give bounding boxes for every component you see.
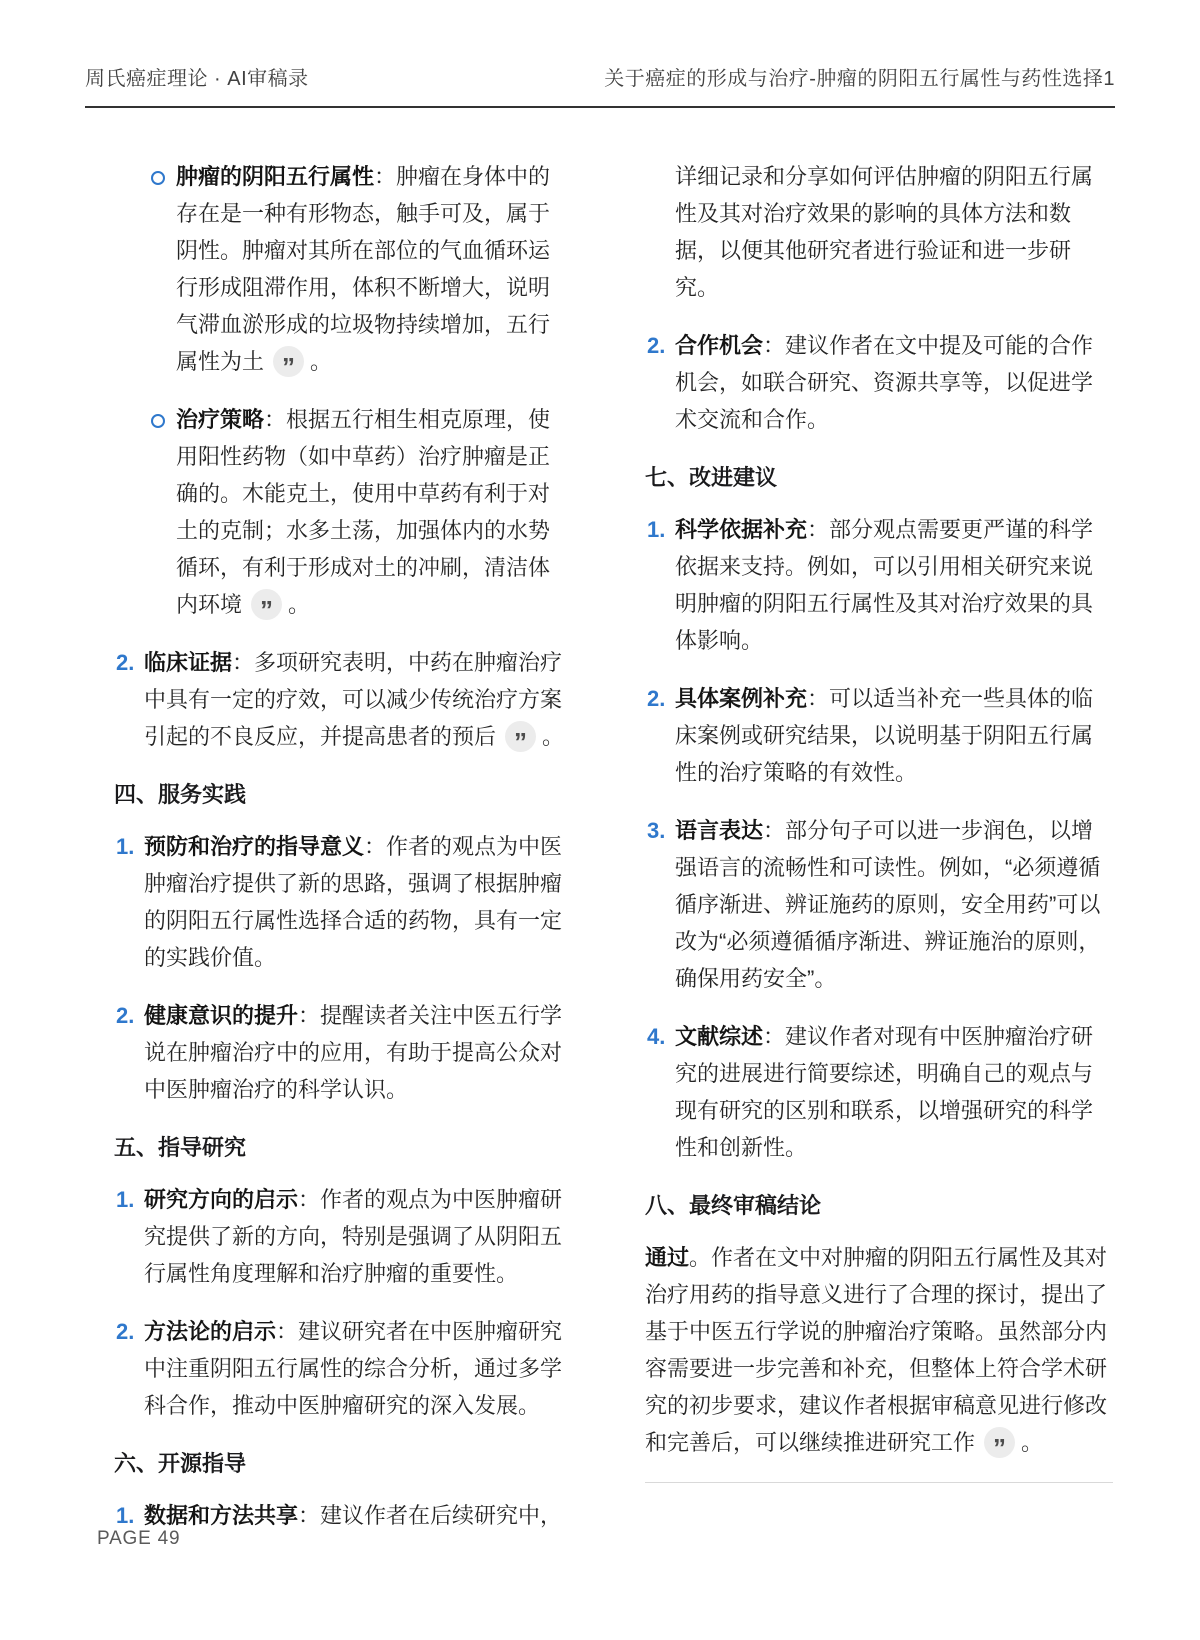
- section-heading: 八、最终审稿结论: [645, 1187, 1113, 1224]
- section-heading: 六、开源指导: [114, 1445, 566, 1482]
- right-column: 详细记录和分享如何评估肿瘤的阴阳五行属性及其对治疗效果的影响的具体方法和数据，以…: [645, 158, 1113, 1555]
- page-header: 周氏癌症理论 · AI审稿录 关于癌症的形成与治疗-肿瘤的阴阳五行属性与药性选择…: [85, 62, 1115, 108]
- list-number: 2.: [116, 644, 134, 681]
- bullet-circle-icon: [151, 414, 165, 428]
- numbered-list-item: 4.文献综述：建议作者对现有中医肿瘤治疗研究的进展进行简要综述，明确自己的观点与…: [645, 1018, 1113, 1166]
- item-lead: 研究方向的启示: [144, 1187, 298, 1212]
- item-lead: 语言表达: [675, 818, 763, 843]
- item-text: 方法论的启示：建议研究者在中医肿瘤研究中注重阴阳五行属性的综合分析，通过多学科合…: [114, 1313, 566, 1424]
- document-page: 周氏癌症理论 · AI审稿录 关于癌症的形成与治疗-肿瘤的阴阳五行属性与药性选择…: [0, 0, 1200, 1640]
- item-lead: 肿瘤的阴阳五行属性: [176, 164, 374, 189]
- item-text: 语言表达：部分句子可以进一步润色，以增强语言的流畅性和可读性。例如，“必须遵循循…: [645, 812, 1113, 997]
- item-text: 健康意识的提升：提醒读者关注中医五行学说在肿瘤治疗中的应用，有助于提高公众对中医…: [114, 997, 566, 1108]
- list-number: 3.: [647, 812, 665, 849]
- page-number: PAGE 49: [97, 1528, 180, 1549]
- list-number: 1.: [116, 828, 134, 865]
- section-heading: 五、指导研究: [114, 1129, 566, 1166]
- item-text: 数据和方法共享：建议作者在后续研究中，: [114, 1497, 566, 1534]
- item-text: 文献综述：建议作者对现有中医肿瘤治疗研究的进展进行简要综述，明确自己的观点与现有…: [645, 1018, 1113, 1166]
- citation-quote-icon[interactable]: ”: [251, 589, 282, 620]
- item-lead: 具体案例补充: [675, 686, 807, 711]
- item-text: 治疗策略：根据五行相生相克原理，使用阳性药物（如中草药）治疗肿瘤是正确的。木能克…: [114, 401, 566, 623]
- numbered-list-item: 2.具体案例补充：可以适当补充一些具体的临床案例或研究结果，以说明基于阴阳五行属…: [645, 680, 1113, 791]
- list-number: 2.: [647, 680, 665, 717]
- list-number: 2.: [116, 997, 134, 1034]
- bullet-circle-icon: [151, 171, 165, 185]
- section-heading: 四、服务实践: [114, 776, 566, 813]
- list-number: 2.: [116, 1313, 134, 1350]
- numbered-list-item: 2.合作机会：建议作者在文中提及可能的合作机会，如联合研究、资源共享等，以促进学…: [645, 327, 1113, 438]
- numbered-list-item: 2.健康意识的提升：提醒读者关注中医五行学说在肿瘤治疗中的应用，有助于提高公众对…: [114, 997, 566, 1108]
- item-text: 预防和治疗的指导意义：作者的观点为中医肿瘤治疗提供了新的思路，强调了根据肿瘤的阴…: [114, 828, 566, 976]
- item-lead: 科学依据补充: [675, 517, 807, 542]
- item-lead: 健康意识的提升: [144, 1003, 298, 1028]
- numbered-list-item: 1.数据和方法共享：建议作者在后续研究中，: [114, 1497, 566, 1534]
- list-number: 2.: [647, 327, 665, 364]
- left-column: 肿瘤的阴阳五行属性：肿瘤在身体中的存在是一种有形物态，触手可及，属于阴性。肿瘤对…: [114, 158, 566, 1555]
- item-text: 合作机会：建议作者在文中提及可能的合作机会，如联合研究、资源共享等，以促进学术交…: [645, 327, 1113, 438]
- item-lead: 治疗策略: [176, 407, 264, 432]
- item-lead: 通过: [645, 1245, 689, 1270]
- item-text: 临床证据：多项研究表明，中药在肿瘤治疗中具有一定的疗效，可以减少传统治疗方案引起…: [114, 644, 566, 755]
- item-text: 科学依据补充：部分观点需要更严谨的科学依据来支持。例如，可以引用相关研究来说明肿…: [645, 511, 1113, 659]
- page-footer: PAGE 49: [97, 1528, 180, 1550]
- item-lead: 方法论的启示: [144, 1319, 276, 1344]
- numbered-list-item: 2.临床证据：多项研究表明，中药在肿瘤治疗中具有一定的疗效，可以减少传统治疗方案…: [114, 644, 566, 755]
- item-text: 具体案例补充：可以适当补充一些具体的临床案例或研究结果，以说明基于阴阳五行属性的…: [645, 680, 1113, 791]
- citation-quote-icon[interactable]: ”: [505, 721, 536, 752]
- item-text: 肿瘤的阴阳五行属性：肿瘤在身体中的存在是一种有形物态，触手可及，属于阴性。肿瘤对…: [114, 158, 566, 380]
- section-end-divider: [645, 1482, 1113, 1483]
- numbered-list-item: 1.预防和治疗的指导意义：作者的观点为中医肿瘤治疗提供了新的思路，强调了根据肿瘤…: [114, 828, 566, 976]
- item-lead: 预防和治疗的指导意义: [144, 834, 364, 859]
- section-heading: 七、改进建议: [645, 459, 1113, 496]
- citation-quote-icon[interactable]: ”: [984, 1427, 1015, 1458]
- header-left-title: 周氏癌症理论 · AI审稿录: [85, 62, 309, 91]
- item-lead: 临床证据: [144, 650, 232, 675]
- citation-quote-icon[interactable]: ”: [273, 346, 304, 377]
- list-number: 1.: [116, 1181, 134, 1218]
- numbered-list-item: 1.科学依据补充：部分观点需要更严谨的科学依据来支持。例如，可以引用相关研究来说…: [645, 511, 1113, 659]
- item-lead: 合作机会: [675, 333, 763, 358]
- paragraph: 通过。作者在文中对肿瘤的阴阳五行属性及其对治疗用药的指导意义进行了合理的探讨，提…: [645, 1239, 1113, 1461]
- list-number: 1.: [647, 511, 665, 548]
- header-right-title: 关于癌症的形成与治疗-肿瘤的阴阳五行属性与药性选择1: [604, 62, 1115, 91]
- continued-paragraph: 详细记录和分享如何评估肿瘤的阴阳五行属性及其对治疗效果的影响的具体方法和数据，以…: [645, 158, 1113, 306]
- bullet-list-item: 治疗策略：根据五行相生相克原理，使用阳性药物（如中草药）治疗肿瘤是正确的。木能克…: [114, 401, 566, 623]
- item-lead: 数据和方法共享: [144, 1503, 298, 1528]
- item-text: 研究方向的启示：作者的观点为中医肿瘤研究提供了新的方向，特别是强调了从阴阳五行属…: [114, 1181, 566, 1292]
- numbered-list-item: 1.研究方向的启示：作者的观点为中医肿瘤研究提供了新的方向，特别是强调了从阴阳五…: [114, 1181, 566, 1292]
- item-text: 通过。作者在文中对肿瘤的阴阳五行属性及其对治疗用药的指导意义进行了合理的探讨，提…: [645, 1239, 1113, 1461]
- page-content: 肿瘤的阴阳五行属性：肿瘤在身体中的存在是一种有形物态，触手可及，属于阴性。肿瘤对…: [114, 158, 1113, 1555]
- item-text: 详细记录和分享如何评估肿瘤的阴阳五行属性及其对治疗效果的影响的具体方法和数据，以…: [645, 158, 1113, 306]
- item-lead: 文献综述: [675, 1024, 763, 1049]
- numbered-list-item: 2.方法论的启示：建议研究者在中医肿瘤研究中注重阴阳五行属性的综合分析，通过多学…: [114, 1313, 566, 1424]
- list-number: 4.: [647, 1018, 665, 1055]
- bullet-list-item: 肿瘤的阴阳五行属性：肿瘤在身体中的存在是一种有形物态，触手可及，属于阴性。肿瘤对…: [114, 158, 566, 380]
- numbered-list-item: 3.语言表达：部分句子可以进一步润色，以增强语言的流畅性和可读性。例如，“必须遵…: [645, 812, 1113, 997]
